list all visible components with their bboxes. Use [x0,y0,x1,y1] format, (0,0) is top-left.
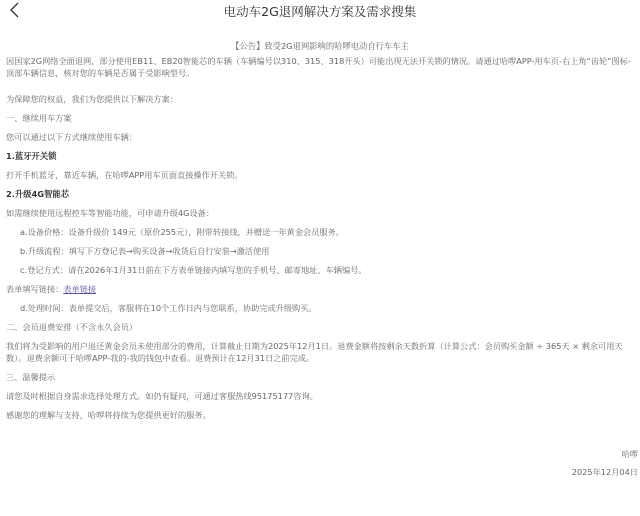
notice-title: 【公告】致受2G退网影响的哈啰电动自行车车主 [0,40,640,52]
section2-text: 我们将为受影响的用户退还黄金会员未使用部分的费用，计算截止日期为2025年12月… [6,341,636,364]
option2-lead: 如需继续使用远程控车等智能功能，可申请升级4G设备： [6,208,214,220]
option2-title: 2.升级4G智能芯 [6,189,69,201]
section3-text1: 请您及时根据自身需求选择处理方式。如仍有疑问，可通过客服热线95175177咨询… [6,391,318,403]
option2-item-a: a.设备价格：设备升级价 149元（原价255元），附带转接线，并赠送一年黄金会… [20,227,344,239]
option2-item-c: c.登记方式：请在2026年1月31日前在下方表单链接内填写您的手机号、邮寄地址… [20,265,367,277]
section1-heading: 一、继续用车方案 [6,113,72,125]
signature-org: 哈啰 [622,449,638,460]
form-link[interactable]: 表单链接 [63,284,96,294]
option1-title: 1.蓝牙开关锁 [6,151,56,163]
section3-text2: 感谢您的理解与支持，哈啰将持续为您提供更好的服务。 [6,410,211,422]
section1-lead: 您可以通过以下方式继续使用车辆： [6,132,137,144]
section2-heading: 二、会员退费安排（不含永久会员） [6,322,137,334]
form-link-row: 表单填写链接：表单链接 [6,284,96,296]
page-title: 电动车2G退网解决方案及需求搜集 [0,2,640,20]
header-bar: 电动车2G退网解决方案及需求搜集 [0,0,640,20]
option2-item-b: b.升级流程：填写下方登记表→购买设备→收货后自行安装→激活使用 [20,246,269,258]
section3-heading: 三、温馨提示 [6,372,55,384]
option2-item-d: d.处理时间：表单提交后，客服将在10个工作日内与您联系，协助完成升级购买。 [20,303,317,315]
signature-date: 2025年12月04日 [572,467,638,478]
intro-paragraph: 因国家2G网络全面退网，部分使用EB11、EB20智能芯的车辆（车辆编号以310… [6,56,636,79]
form-link-label: 表单填写链接： [6,284,63,294]
option1-text: 打开手机蓝牙，靠近车辆，在哈啰APP用车页面直接操作开关锁。 [6,170,243,182]
solutions-lead: 为保障您的权益，我们为您提供以下解决方案： [6,94,178,106]
